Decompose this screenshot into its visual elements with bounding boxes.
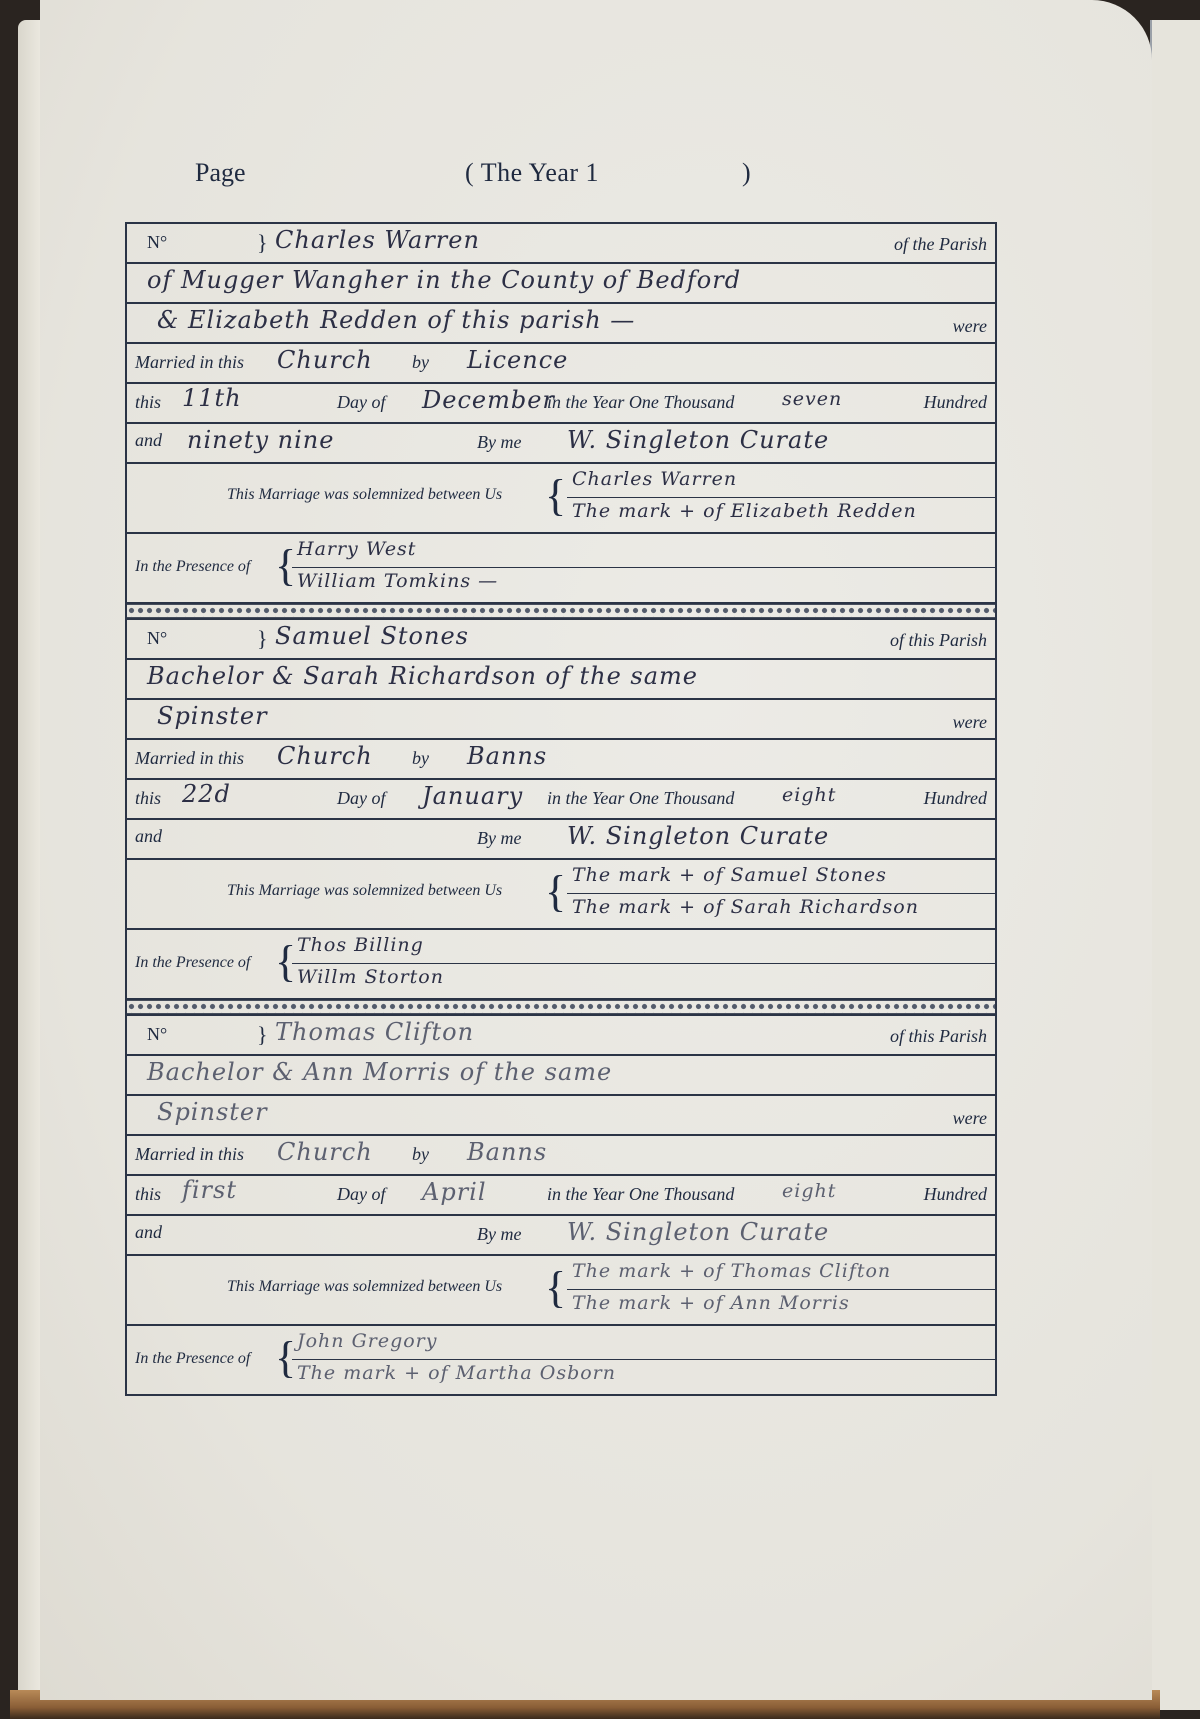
witnesses-row: In the Presence of { Thos Billing Willm …	[127, 930, 995, 1000]
bracket: }	[257, 230, 268, 256]
witnesses-row: In the Presence of { John Gregory The ma…	[127, 1326, 995, 1396]
this-label: this	[135, 392, 161, 413]
married-label: Married in this	[135, 352, 244, 373]
married-label: Married in this	[135, 1144, 244, 1165]
parish-phrase: of this Parish	[890, 630, 987, 651]
groom-name: Samuel Stones	[275, 622, 469, 650]
place: Church	[277, 742, 373, 770]
and-label: and	[135, 430, 162, 451]
year-phrase: in the Year One Thousand	[547, 788, 734, 809]
century-word: eight	[782, 1180, 836, 1202]
signature-1: Charles Warren	[572, 468, 737, 490]
day: 11th	[182, 384, 242, 412]
record-line-3: Spinster	[157, 702, 268, 730]
and-label: and	[135, 826, 162, 847]
century-word: eight	[782, 784, 836, 806]
hundred-label: Hundred	[924, 788, 987, 809]
officiant-row: and By me W. Singleton Curate	[127, 1216, 995, 1256]
date-row: this 11th Day of December in the Year On…	[127, 384, 995, 424]
method: Banns	[467, 742, 547, 770]
married-row: Married in this Church by Licence	[127, 344, 995, 384]
officiant: W. Singleton Curate	[567, 426, 829, 454]
year-label: ( The Year 1	[465, 158, 599, 188]
bracket: }	[257, 1022, 268, 1048]
witness-divider	[292, 963, 995, 964]
century-word: seven	[782, 388, 842, 410]
hundred-label: Hundred	[924, 392, 987, 413]
brace: {	[275, 1336, 296, 1380]
details-row-2: Bachelor & Ann Morris of the same	[127, 1056, 995, 1096]
witness-1: Thos Billing	[297, 934, 424, 956]
witness-1: Harry West	[297, 538, 416, 560]
signature-1: The mark + of Thomas Clifton	[572, 1260, 891, 1282]
witnesses-row: In the Presence of { Harry West William …	[127, 534, 995, 604]
details-row-2: of Mugger Wangher in the County of Bedfo…	[127, 264, 995, 304]
marriage-register: N° } Charles Warren of the Parish of Mug…	[125, 222, 997, 1396]
witness-2: Willm Storton	[297, 966, 444, 988]
groom-row: N° } Thomas Clifton of this Parish	[127, 1014, 995, 1056]
groom-name: Thomas Clifton	[275, 1018, 474, 1046]
marriage-record: N° } Samuel Stones of this Parish Bachel…	[127, 618, 995, 1000]
and-label: and	[135, 1222, 162, 1243]
signature-2: The mark + of Elizabeth Redden	[572, 500, 917, 522]
method: Licence	[467, 346, 568, 374]
by-label: by	[412, 1144, 429, 1165]
groom-row: N° } Samuel Stones of this Parish	[127, 618, 995, 660]
signature-2: The mark + of Ann Morris	[572, 1292, 850, 1314]
were-label: were	[953, 1108, 987, 1129]
details-row-3: Spinster were	[127, 700, 995, 740]
solemnized-label: This Marriage was solemnized between Us	[227, 486, 502, 504]
signature-2: The mark + of Sarah Richardson	[572, 896, 919, 918]
marriage-record: N° } Thomas Clifton of this Parish Bache…	[127, 1014, 995, 1396]
number-label: N°	[147, 1024, 167, 1045]
signature-divider	[567, 1289, 995, 1290]
year-rest: ninety nine	[187, 426, 334, 454]
parish-phrase: of this Parish	[890, 1026, 987, 1047]
solemnized-label: This Marriage was solemnized between Us	[227, 1278, 502, 1296]
day-of-label: Day of	[337, 392, 386, 413]
day-of-label: Day of	[337, 788, 386, 809]
by-label: by	[412, 352, 429, 373]
officiant: W. Singleton Curate	[567, 822, 829, 850]
date-row: this 22d Day of January in the Year One …	[127, 780, 995, 820]
record-line-3: & Elizabeth Redden of this parish —	[157, 306, 635, 334]
month: January	[422, 782, 523, 810]
day-of-label: Day of	[337, 1184, 386, 1205]
by-me-label: By me	[477, 1224, 521, 1245]
officiant-row: and By me W. Singleton Curate	[127, 820, 995, 860]
witness-divider	[292, 567, 995, 568]
facing-page-edge	[1150, 20, 1200, 1710]
solemnized-label: This Marriage was solemnized between Us	[227, 882, 502, 900]
hundred-label: Hundred	[924, 1184, 987, 1205]
by-me-label: By me	[477, 432, 521, 453]
year-phrase: in the Year One Thousand	[547, 1184, 734, 1205]
brace: {	[545, 1266, 566, 1310]
this-label: this	[135, 1184, 161, 1205]
signatures-row: This Marriage was solemnized between Us …	[127, 464, 995, 534]
by-label: by	[412, 748, 429, 769]
signature-divider	[567, 893, 995, 894]
date-row: this first Day of April in the Year One …	[127, 1176, 995, 1216]
record-line-2: Bachelor & Sarah Richardson of the same	[147, 662, 698, 690]
bracket: }	[257, 626, 268, 652]
witness-2: William Tomkins —	[297, 570, 498, 592]
witness-divider	[292, 1359, 995, 1360]
signature-1: The mark + of Samuel Stones	[572, 864, 887, 886]
year-phrase: in the Year One Thousand	[547, 392, 734, 413]
details-row-3: Spinster were	[127, 1096, 995, 1136]
month: April	[422, 1178, 487, 1206]
witness-1: John Gregory	[297, 1330, 438, 1352]
married-label: Married in this	[135, 748, 244, 769]
married-row: Married in this Church by Banns	[127, 740, 995, 780]
officiant-row: and ninety nine By me W. Singleton Curat…	[127, 424, 995, 464]
place: Church	[277, 346, 373, 374]
details-row-2: Bachelor & Sarah Richardson of the same	[127, 660, 995, 700]
were-label: were	[953, 316, 987, 337]
witness-2: The mark + of Martha Osborn	[297, 1362, 616, 1384]
year-close: )	[742, 158, 751, 188]
groom-row: N° } Charles Warren of the Parish	[127, 222, 995, 264]
month: December	[422, 386, 555, 414]
marriage-record: N° } Charles Warren of the Parish of Mug…	[127, 222, 995, 604]
brace: {	[545, 870, 566, 914]
ornamental-divider	[127, 1000, 995, 1014]
method: Banns	[467, 1138, 547, 1166]
groom-name: Charles Warren	[275, 226, 480, 254]
presence-label: In the Presence of	[135, 1350, 250, 1368]
signatures-row: This Marriage was solemnized between Us …	[127, 1256, 995, 1326]
married-row: Married in this Church by Banns	[127, 1136, 995, 1176]
record-line-2: Bachelor & Ann Morris of the same	[147, 1058, 612, 1086]
day: first	[182, 1176, 237, 1204]
signatures-row: This Marriage was solemnized between Us …	[127, 860, 995, 930]
number-label: N°	[147, 232, 167, 253]
brace: {	[545, 474, 566, 518]
were-label: were	[953, 712, 987, 733]
signature-divider	[567, 497, 995, 498]
page-label: Page	[195, 158, 246, 188]
parish-phrase: of the Parish	[894, 234, 987, 255]
number-label: N°	[147, 628, 167, 649]
day: 22d	[182, 780, 231, 808]
brace: {	[275, 940, 296, 984]
presence-label: In the Presence of	[135, 558, 250, 576]
record-line-3: Spinster	[157, 1098, 268, 1126]
brace: {	[275, 544, 296, 588]
by-me-label: By me	[477, 828, 521, 849]
ornamental-divider	[127, 604, 995, 618]
this-label: this	[135, 788, 161, 809]
place: Church	[277, 1138, 373, 1166]
officiant: W. Singleton Curate	[567, 1218, 829, 1246]
record-line-2: of Mugger Wangher in the County of Bedfo…	[147, 266, 741, 294]
details-row-3: & Elizabeth Redden of this parish — were	[127, 304, 995, 344]
presence-label: In the Presence of	[135, 954, 250, 972]
